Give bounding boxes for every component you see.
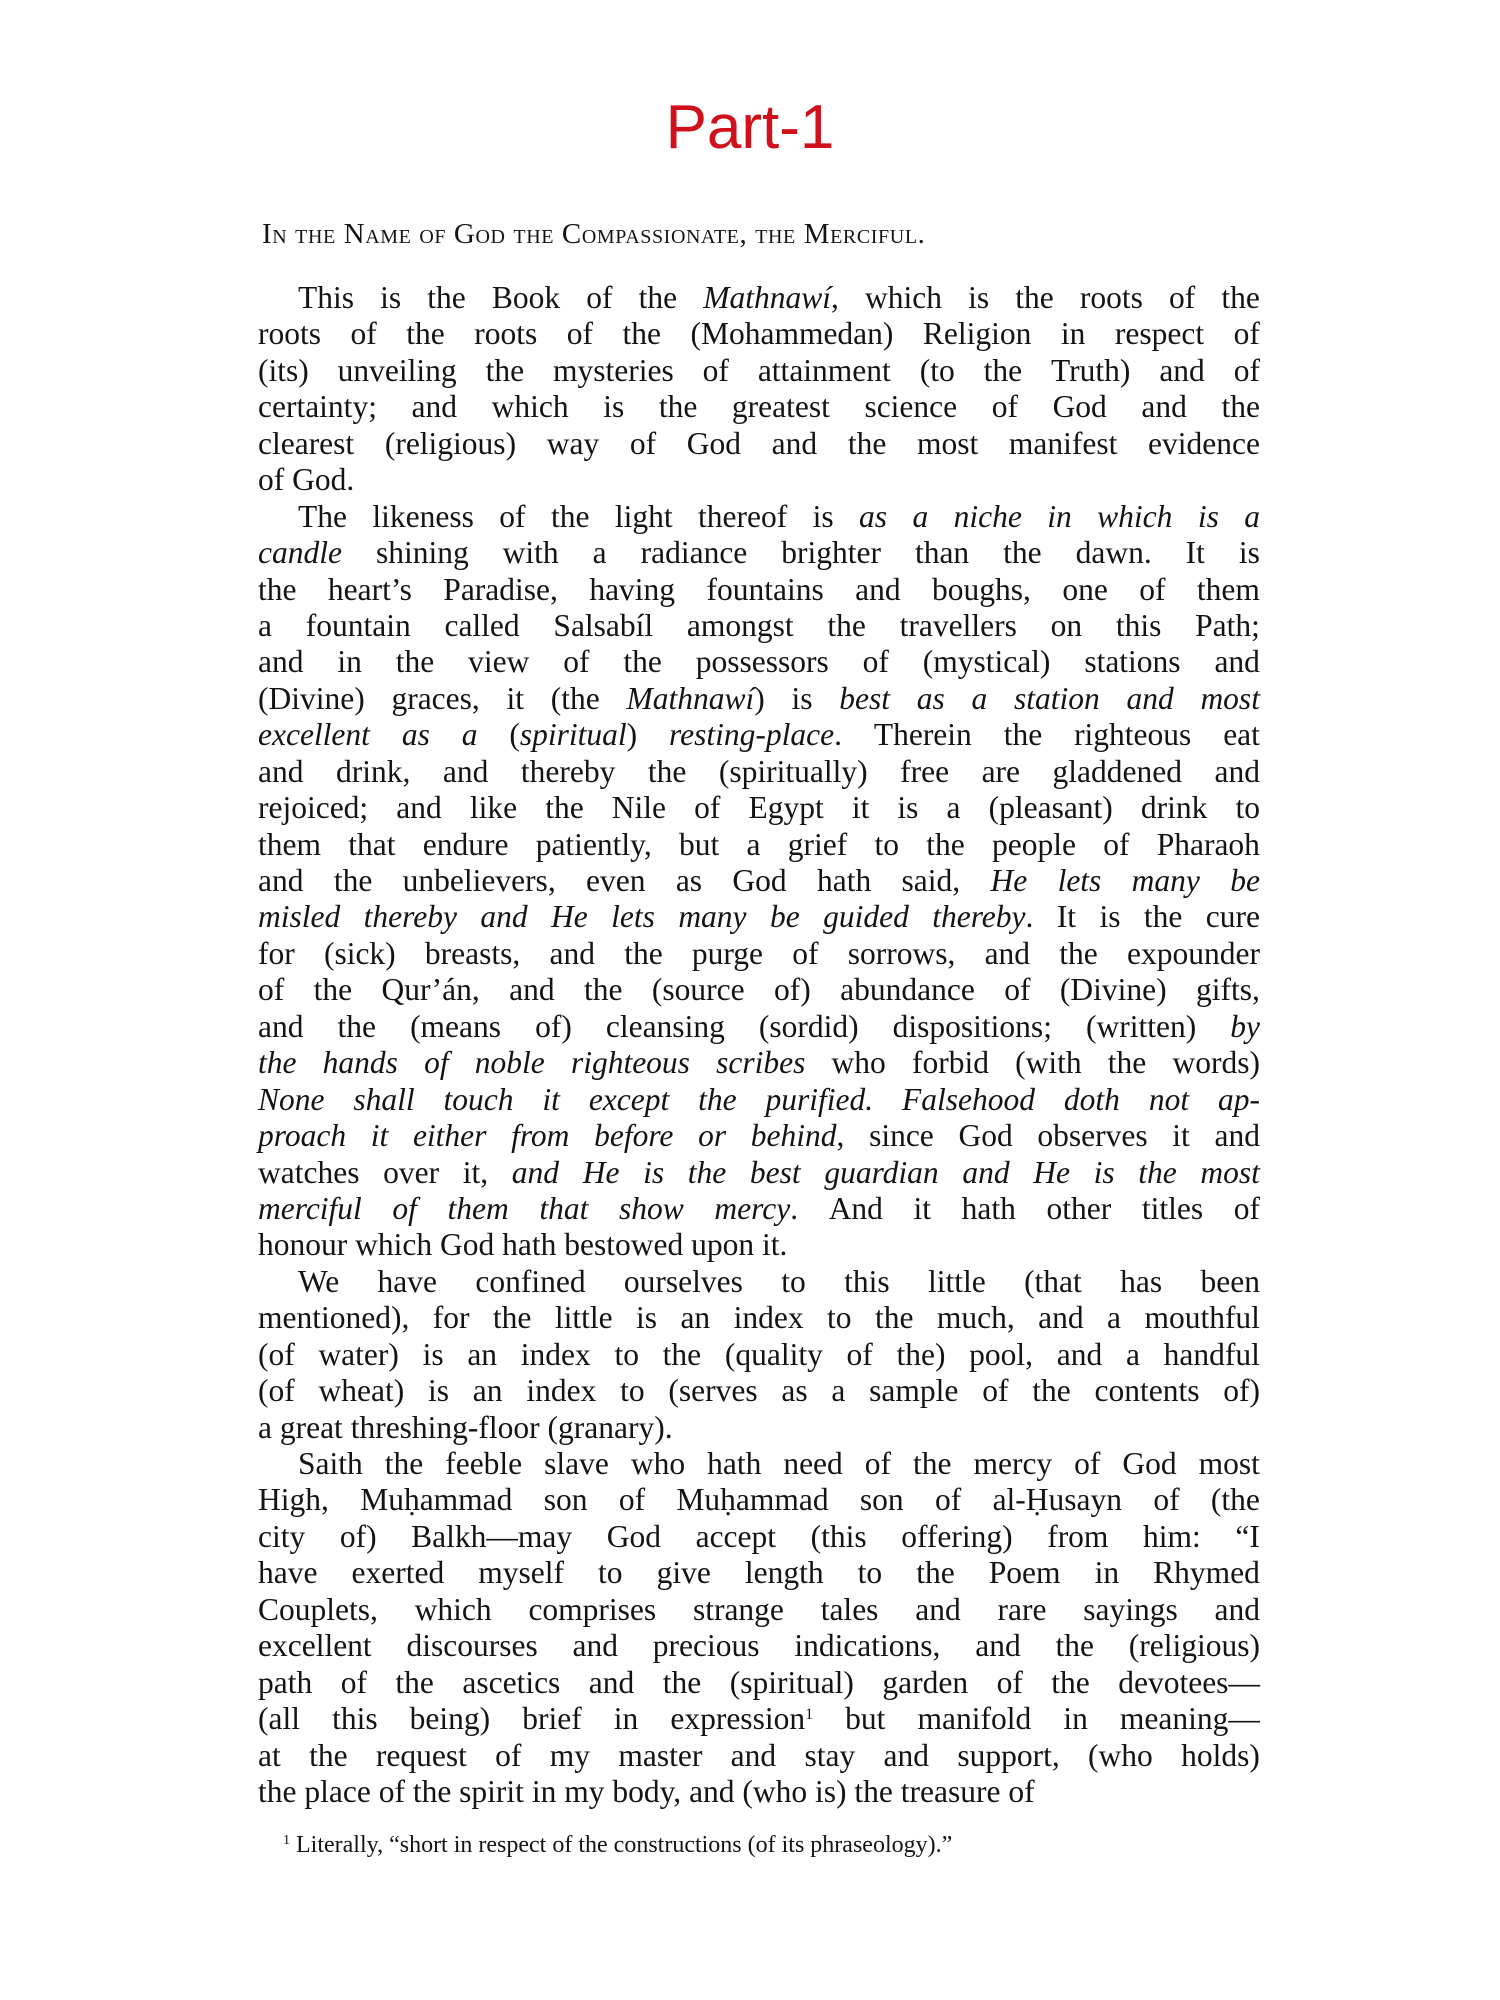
text-line: theheart’sParadise,havingfountainsandbou…: [258, 572, 1260, 608]
word: of): [774, 972, 811, 1008]
word: of: [1234, 316, 1260, 352]
word: is: [423, 1337, 444, 1373]
word: the: [385, 1446, 423, 1482]
word: meaning—: [1120, 1701, 1260, 1737]
word: is: [1239, 535, 1260, 571]
word: the: [854, 1774, 892, 1810]
word: Qur’án,: [382, 972, 480, 1008]
word: free: [900, 754, 949, 790]
word: (written): [1086, 1009, 1196, 1045]
word: as: [917, 681, 945, 717]
word: fountains: [706, 572, 823, 608]
word: the: [875, 1300, 913, 1336]
text-line: themthatendurepatiently,butagrieftothepe…: [258, 827, 1260, 863]
word: cleansing: [606, 1009, 725, 1045]
word: Falsehood: [902, 1082, 1035, 1118]
word: and: [1141, 389, 1186, 425]
word: way: [547, 426, 599, 462]
word: God: [607, 1519, 661, 1555]
word: the: [639, 280, 677, 316]
word: spirit: [459, 1774, 524, 1810]
word: dispositions;: [893, 1009, 1052, 1045]
word: of: [1004, 972, 1030, 1008]
word: Book: [492, 280, 560, 316]
word: than: [915, 535, 969, 571]
word: mercy.: [714, 1191, 798, 1227]
word: little: [928, 1264, 986, 1300]
word: boughs,: [932, 572, 1031, 608]
word: mysteries: [553, 353, 674, 389]
word: (spiritually): [719, 754, 868, 790]
word: place: [304, 1774, 370, 1810]
word: He: [551, 899, 588, 935]
word: them: [258, 827, 321, 863]
word: bestowed: [564, 1227, 683, 1263]
word: other: [1047, 1191, 1112, 1227]
word: except: [589, 1082, 669, 1118]
word: of: [792, 936, 818, 972]
word: the: [659, 389, 697, 425]
word: and: [258, 863, 303, 899]
word: of: [258, 462, 284, 498]
word: devotees—: [1118, 1665, 1260, 1701]
word: possessors: [696, 644, 829, 680]
word: (who: [1088, 1738, 1153, 1774]
word: myself: [478, 1555, 564, 1591]
word: in: [532, 1774, 557, 1810]
text-line: (its)unveilingthemysteriesofattainment(t…: [258, 353, 1260, 389]
word: this: [332, 1701, 378, 1737]
word: merciful: [258, 1191, 362, 1227]
word: It: [1057, 899, 1076, 935]
word: either: [413, 1118, 486, 1154]
body-text: ThisistheBookoftheMathnawí,whichistheroo…: [258, 280, 1260, 1810]
word: is: [603, 389, 624, 425]
word: most: [1200, 1155, 1260, 1191]
word: mentioned),: [258, 1300, 409, 1336]
word: been: [1200, 1264, 1259, 1300]
word: before: [594, 1118, 673, 1154]
word: (spiritual): [730, 1665, 854, 1701]
word: in: [1063, 1701, 1088, 1737]
word: of: [499, 499, 525, 535]
page-title: Part-1: [0, 92, 1500, 163]
word: cure: [1206, 899, 1260, 935]
word: (the: [551, 681, 600, 717]
word: Rhymed: [1153, 1555, 1260, 1591]
word: and: [689, 1774, 734, 1810]
footnote-text: Literally, “short in respect of the cons…: [296, 1832, 952, 1858]
word: be: [770, 899, 800, 935]
word: son: [860, 1482, 904, 1518]
word: to: [874, 827, 899, 863]
word: a: [912, 499, 928, 535]
text-line: ThisistheBookoftheMathnawí,whichistheroo…: [258, 280, 1260, 316]
word: the: [413, 1774, 451, 1810]
word: of: [424, 1045, 449, 1081]
word: shining: [376, 535, 469, 571]
word: it: [914, 1191, 932, 1227]
word: this: [844, 1264, 890, 1300]
word: God: [1122, 1446, 1176, 1482]
word: of: [392, 1191, 417, 1227]
word: Saith: [298, 1446, 363, 1482]
word: garden: [882, 1665, 968, 1701]
word: the: [1138, 1155, 1176, 1191]
word: to: [827, 1300, 852, 1336]
text-line: (ofwater)isanindextothe(qualityofthe)poo…: [258, 1337, 1260, 1373]
text-line: a great threshing-floor (granary).: [258, 1410, 1260, 1446]
word: length: [745, 1555, 824, 1591]
word: of: [1153, 1482, 1179, 1518]
word: little: [555, 1300, 613, 1336]
word: confined: [475, 1264, 585, 1300]
word: dawn.: [1076, 535, 1152, 571]
word: (religious): [1129, 1628, 1260, 1664]
text-line: haveexertedmyselftogivelengthtothePoemin…: [258, 1555, 1260, 1591]
word: of: [982, 1373, 1008, 1409]
word: as: [859, 499, 887, 535]
paragraph-p4: Saiththefeebleslavewhohathneedofthemercy…: [258, 1446, 1260, 1810]
word: and: [589, 1665, 634, 1701]
word: for: [433, 1300, 470, 1336]
word: tales: [821, 1592, 879, 1628]
word: in: [1047, 499, 1072, 535]
word: (the: [1211, 1482, 1260, 1518]
word: He: [583, 1155, 620, 1191]
word: thereby: [364, 899, 457, 935]
word: index: [734, 1300, 804, 1336]
word: greatest: [732, 389, 830, 425]
word: proach: [258, 1118, 346, 1154]
word: thereof: [698, 499, 787, 535]
invocation-heading: In the Name of God the Compassionate, th…: [262, 218, 1242, 251]
word: mercy: [973, 1446, 1052, 1482]
text-line: for(sick)breasts,andthepurgeofsorrows,an…: [258, 936, 1260, 972]
word: the: [984, 353, 1022, 389]
word: of: [379, 1774, 405, 1810]
word: a: [1244, 499, 1260, 535]
text-line: afountaincalledSalsabílamongstthetravell…: [258, 608, 1260, 644]
word: have: [378, 1264, 437, 1300]
word: the): [896, 1337, 945, 1373]
word: support,: [957, 1738, 1059, 1774]
word: hath: [707, 1446, 761, 1482]
word: thereby: [521, 754, 615, 790]
word: of): [340, 1519, 377, 1555]
word: most: [1200, 681, 1260, 717]
text-line: (Divine)graces,it(theMathnawí)isbestasas…: [258, 681, 1260, 717]
word: (of: [258, 1337, 295, 1373]
word: a: [1107, 1300, 1121, 1336]
word: Pharaoh: [1157, 827, 1260, 863]
text-line: mentioned),forthelittleisanindextothemuc…: [258, 1300, 1260, 1336]
word: in: [1061, 316, 1086, 352]
word: a: [831, 1373, 845, 1409]
word: of: [1169, 280, 1195, 316]
word: be: [1230, 863, 1260, 899]
word: but: [679, 827, 719, 863]
word: it: [1172, 1118, 1190, 1154]
word: hath: [502, 1227, 556, 1263]
word: being): [410, 1701, 490, 1737]
word: a: [462, 717, 478, 753]
paragraph-p1: ThisistheBookoftheMathnawí,whichistheroo…: [258, 280, 1260, 499]
word: the: [1032, 1373, 1070, 1409]
word: certainty;: [258, 389, 377, 425]
word: and: [855, 572, 900, 608]
word: and: [396, 790, 441, 826]
paragraph-p2: Thelikenessofthelightthereofisasanichein…: [258, 499, 1260, 1264]
word: the: [926, 827, 964, 863]
word: And: [829, 1191, 883, 1227]
text-line: honour which God hath bestowed upon it.: [258, 1227, 1260, 1263]
word: hath: [962, 1191, 1016, 1227]
word: (Divine): [1060, 972, 1167, 1008]
word: (Mohammedan): [690, 316, 893, 352]
word: likeness: [372, 499, 473, 535]
word: or: [698, 1118, 726, 1154]
word: and: [772, 426, 817, 462]
word: and: [1214, 644, 1259, 680]
word: is: [1094, 1155, 1115, 1191]
word: He: [991, 863, 1028, 899]
word: and: [480, 899, 527, 935]
word: al-Ḥusayn: [993, 1482, 1122, 1518]
word: Egypt: [748, 790, 823, 826]
word: and: [884, 1738, 929, 1774]
word: called: [444, 608, 519, 644]
word: the: [688, 1155, 726, 1191]
word: station: [1014, 681, 1100, 717]
text-line: Wehaveconfinedourselvestothislittle(that…: [258, 1264, 1260, 1300]
word: feeble: [445, 1446, 522, 1482]
word: expounder: [1127, 936, 1260, 972]
text-line: excellentdiscoursesandpreciousindication…: [258, 1628, 1260, 1664]
footnote-ref: 1: [805, 1706, 813, 1723]
word: of: [863, 644, 889, 680]
word: is: [1198, 499, 1219, 535]
word: Poem: [989, 1555, 1061, 1591]
text-line: watchesoverit,andHeisthebestguardianandH…: [258, 1155, 1260, 1191]
word: Therein: [874, 717, 972, 753]
word: the: [486, 353, 524, 389]
word: it: [371, 1118, 389, 1154]
word: as: [402, 717, 430, 753]
word: a: [1126, 1337, 1140, 1373]
word: of): [1223, 1373, 1260, 1409]
word: people: [992, 827, 1076, 863]
word: request: [376, 1738, 467, 1774]
word: son: [544, 1482, 588, 1518]
word: (sordid): [759, 1009, 859, 1045]
word: sorrows,: [848, 936, 956, 972]
word: of: [563, 644, 589, 680]
word: great: [280, 1410, 343, 1446]
word: the: [624, 936, 662, 972]
word: over: [383, 1155, 439, 1191]
word: to: [858, 1555, 883, 1591]
word: the: [827, 608, 865, 644]
word: (pleasant): [989, 790, 1113, 826]
word: and: [985, 936, 1030, 972]
word: not: [1149, 1082, 1189, 1118]
word: index: [526, 1373, 596, 1409]
word: need: [783, 1446, 842, 1482]
word: (its): [258, 353, 309, 389]
word: having: [589, 572, 675, 608]
word: offering): [901, 1519, 1012, 1555]
text-line: pathoftheasceticsandthe(spiritual)garden…: [258, 1665, 1260, 1701]
word: holds): [1181, 1738, 1260, 1774]
word: most: [917, 426, 978, 462]
word: the: [309, 1738, 347, 1774]
word: most: [1199, 1446, 1260, 1482]
word: God.: [292, 462, 354, 498]
word: mouthful: [1144, 1300, 1260, 1336]
word: misled: [258, 899, 340, 935]
word: the: [427, 280, 465, 316]
word: in: [1095, 1555, 1120, 1591]
word: the: [1056, 1628, 1094, 1664]
word: the: [406, 316, 444, 352]
text-line: the place of the spirit in my body, and …: [258, 1774, 1260, 1810]
text-line: candleshiningwitharadiancebrighterthanth…: [258, 535, 1260, 571]
word: travellers: [900, 608, 1017, 644]
word: and: [1038, 1300, 1083, 1336]
word: (means: [410, 1009, 501, 1045]
word: treasure: [901, 1774, 1001, 1810]
word: and: [509, 972, 554, 1008]
word: are: [982, 754, 1020, 790]
word: by: [1230, 1009, 1260, 1045]
word: heart’s: [328, 572, 412, 608]
word: which: [865, 280, 942, 316]
word: of): [535, 1009, 572, 1045]
word: Religion: [923, 316, 1032, 352]
word: to: [620, 1373, 645, 1409]
word: the: [258, 1045, 296, 1081]
word: precious: [653, 1628, 760, 1664]
word: as: [676, 863, 702, 899]
word: indications,: [794, 1628, 940, 1664]
word: it: [852, 790, 870, 826]
word: guided: [823, 899, 909, 935]
word: the: [545, 790, 583, 826]
word: contents: [1094, 1373, 1199, 1409]
word: the: [338, 1009, 376, 1045]
word: accept: [696, 1519, 776, 1555]
word: is: [897, 790, 918, 826]
word: the: [663, 1665, 701, 1701]
word: is: [813, 499, 834, 535]
word: a: [747, 827, 761, 863]
word: a: [593, 535, 607, 571]
word: respect: [1115, 316, 1204, 352]
text-line: proachiteitherfrombeforeorbehind,sinceGo…: [258, 1118, 1260, 1154]
word: a: [947, 790, 961, 826]
word: Nile: [612, 790, 666, 826]
word: Mathnawí): [626, 681, 764, 717]
word: God: [687, 426, 741, 462]
word: of: [703, 353, 729, 389]
word: and: [915, 1592, 960, 1628]
word: my: [564, 1774, 604, 1810]
word: rare: [997, 1592, 1046, 1628]
word: it,: [463, 1155, 488, 1191]
word: (who: [742, 1774, 807, 1810]
word: thereby.: [932, 899, 1033, 935]
word: It: [1186, 535, 1205, 571]
word: the: [913, 1446, 951, 1482]
word: on: [1051, 608, 1083, 644]
word: words): [1172, 1045, 1260, 1081]
word: purge: [692, 936, 763, 972]
word: abundance: [840, 972, 975, 1008]
word: in: [614, 1701, 639, 1737]
word: clearest: [258, 426, 354, 462]
word: doth: [1064, 1082, 1120, 1118]
word: righteous: [1074, 717, 1191, 753]
word: lets: [1058, 863, 1102, 899]
word: the: [623, 644, 661, 680]
word: to: [614, 1337, 639, 1373]
text-line: (ofwheat)isanindexto(servesasasampleofth…: [258, 1373, 1260, 1409]
word: is: [968, 280, 989, 316]
word: is: [791, 681, 812, 717]
word: comprises: [528, 1592, 656, 1628]
word: light: [615, 499, 673, 535]
word: titles: [1142, 1191, 1203, 1227]
word: (all: [258, 1701, 300, 1737]
word: the: [258, 1774, 296, 1810]
word: (that: [1024, 1264, 1082, 1300]
word: my: [550, 1738, 590, 1774]
word: much,: [937, 1300, 1015, 1336]
word: best: [839, 681, 890, 717]
word: This: [298, 280, 354, 316]
word: noble: [475, 1045, 545, 1081]
word: the: [698, 1082, 736, 1118]
word: ourselves: [624, 1264, 743, 1300]
text-line: andintheviewofthepossessorsof(mystical)s…: [258, 644, 1260, 680]
word: (sick): [324, 936, 396, 972]
word: guardian: [824, 1155, 938, 1191]
word: brief: [522, 1701, 581, 1737]
word: of: [847, 1337, 873, 1373]
word: (with: [1015, 1045, 1082, 1081]
word: an: [467, 1337, 497, 1373]
word: and: [258, 1009, 303, 1045]
word: even: [586, 863, 645, 899]
word: (this: [811, 1519, 867, 1555]
word: body,: [612, 1774, 681, 1810]
word: them: [448, 1191, 509, 1227]
text-line: of God.: [258, 462, 1260, 498]
word: hands: [323, 1045, 398, 1081]
text-line: andtheunbelievers,evenasGodhathsaid,Hele…: [258, 863, 1260, 899]
word: and: [549, 936, 594, 972]
word: slave: [544, 1446, 609, 1482]
word: hath: [817, 863, 871, 899]
word: purified.: [766, 1082, 874, 1118]
word: behind,: [751, 1118, 845, 1154]
word: an: [680, 1300, 710, 1336]
word: and: [258, 754, 303, 790]
word: excellent: [258, 717, 370, 753]
word: and: [1159, 353, 1204, 389]
word: has: [1120, 1264, 1162, 1300]
